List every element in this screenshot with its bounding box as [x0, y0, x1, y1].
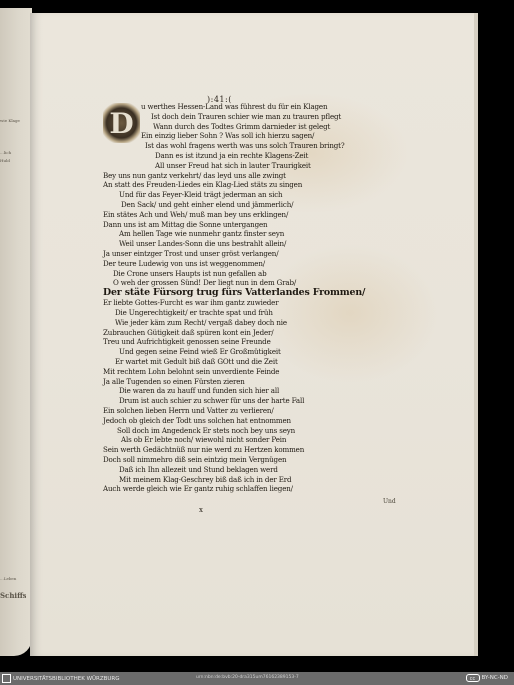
text-line: Weil unser Landes-Sonn die uns bestrahlt… — [119, 240, 286, 248]
text-line: Drum ist auch schier zu schwer für uns d… — [119, 397, 304, 405]
margin-note: wie Klage — [0, 118, 26, 123]
margin-note: ...lich — [0, 150, 26, 155]
paper-stain — [260, 243, 440, 383]
text-line: Der teure Ludewig von uns ist weggenomme… — [103, 260, 265, 268]
text-line: Der stäte Fürsorg trug fürs Vatterlandes… — [103, 289, 365, 297]
viewer-footer: UNIVERSITÄTSBIBLIOTHEK WÜRZBURG urn:nbn:… — [0, 672, 514, 685]
text-line: Die Crone unsers Haupts ist nun gefallen… — [113, 270, 267, 278]
decorated-initial: D — [103, 103, 140, 143]
text-line: Treu und Aufrichtigkeit genossen seine F… — [103, 338, 271, 346]
library-logo-icon — [2, 674, 11, 683]
catchword: Und — [383, 498, 396, 505]
text-line: Ein stätes Ach und Weh/ muß man bey uns … — [103, 211, 288, 219]
text-line: Dann es ist itzund ja ein rechte Klagens… — [155, 152, 308, 160]
text-line: Ja alle Tugenden so einen Fürsten zieren — [103, 378, 245, 386]
text-line: u werthes Hessen-Land was führest du für… — [141, 103, 327, 111]
text-line: Und gegen seine Feind wieß Er Großmütigk… — [119, 348, 281, 356]
text-line: Wie jeder käm zum Recht/ vergaß dabey do… — [115, 319, 287, 327]
text-line: Auch werde gleich wie Er gantz ruhig sch… — [103, 485, 293, 493]
text-line: Doch soll nimmehro diß sein eintzig mein… — [103, 456, 286, 464]
text-line: Bey uns nun gantz verkehrt/ das leyd uns… — [103, 172, 286, 180]
text-line: Den Sack/ und geht einher elend und jämm… — [121, 201, 293, 209]
text-line: Sein werth Gedächtnüß nur nie werd zu He… — [103, 446, 304, 454]
page-edge — [474, 13, 478, 656]
text-line: Am hellen Tage wie nunmehr gantz finster… — [119, 230, 284, 238]
text-line: Die waren da zu hauff und funden sich hi… — [119, 387, 279, 395]
library-name: UNIVERSITÄTSBIBLIOTHEK WÜRZBURG — [13, 676, 120, 682]
text-line: Zubrauchen Gütigkeit daß spüren kont ein… — [103, 329, 274, 337]
text-line: Er wartet mit Gedult biß daß GOtt und di… — [115, 358, 278, 366]
text-line: Jedoch ob gleich der Todt uns solchen ha… — [103, 417, 291, 425]
text-line: Soll doch im Angedenck Er stets noch bey… — [117, 427, 295, 435]
text-line: Als ob Er lebte noch/ wiewohl nicht sond… — [121, 436, 286, 444]
text-line: Ein einzig lieber Sohn ? Was soll ich hi… — [141, 132, 314, 140]
text-line: Ist doch dein Trauren schier wie man zu … — [151, 113, 341, 121]
license-badge[interactable]: cc BY-NC-ND — [466, 674, 508, 682]
library-logo[interactable]: UNIVERSITÄTSBIBLIOTHEK WÜRZBURG — [2, 674, 120, 683]
text-line: An statt des Freuden-Liedes ein Klag-Lie… — [103, 181, 302, 189]
text-line: Ja unser eintzger Trost und unser gröst … — [103, 250, 278, 258]
text-line: All unser Freud hat sich in lauter Traur… — [155, 162, 311, 170]
urn-identifier[interactable]: urn:nbn:de:bvb:20-dra315um76162389153-7 — [196, 675, 299, 680]
text-line: Die Ungerechtigkeit/ er trachte spat und… — [115, 309, 273, 317]
text-line: O weh der grossen Sünd! Der liegt nun in… — [113, 279, 296, 287]
text-line: Daß ich Ihn allezeit und Stund beklagen … — [119, 466, 278, 474]
text-line: Mit rechtem Lohn belohnt sein unverdient… — [103, 368, 279, 376]
text-line: Er liebte Gottes-Furcht es war ihm gantz… — [103, 299, 278, 307]
text-line: Ein solchen lieben Herrn und Vatter zu v… — [103, 407, 274, 415]
facing-page-edge: wie Klage ...lich Huld ...Leben Schiffs — [0, 8, 32, 656]
license-label: BY-NC-ND — [482, 675, 508, 681]
creative-commons-icon: cc — [466, 674, 480, 682]
margin-note: ...Leben — [0, 576, 26, 581]
margin-note: Schiffs — [0, 592, 26, 600]
text-line: Ist das wohl fragens werth was uns solch… — [145, 142, 345, 150]
text-line: Wann durch des Todtes Grimm darnieder is… — [153, 123, 330, 131]
text-line: Dann uns ist am Mittag die Sonne unterga… — [103, 221, 267, 229]
signature-mark: x — [199, 506, 203, 514]
text-line: Mit meinem Klag-Geschrey biß daß ich in … — [119, 476, 291, 484]
text-line: Und für das Feyer-Kleid trägt jederman a… — [119, 191, 282, 199]
margin-note: Huld — [0, 158, 26, 163]
